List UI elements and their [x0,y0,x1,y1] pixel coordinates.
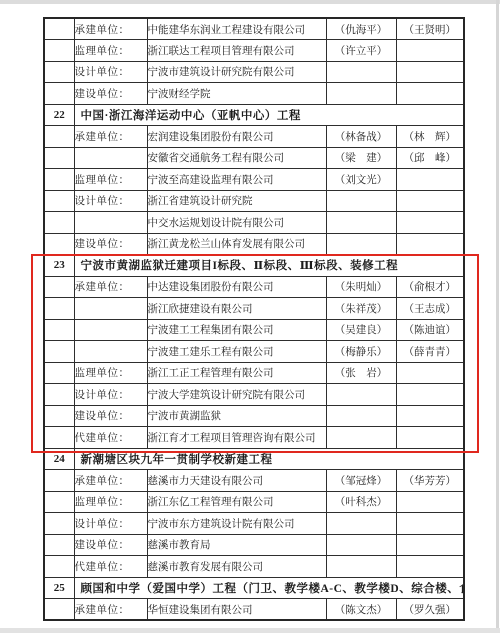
person-name-1: （张 岩） [326,362,396,384]
row-number-cell [44,212,74,234]
section-header-row: 25 顾国和中学（爱国中学）工程（门卫、教学楼A-C、教学楼D、综合楼、食堂） [44,577,464,599]
person-name-2 [396,212,464,234]
section-header-row: 23 宁波市黄湖监狱迁建项目I标段、Ⅱ标段、Ⅲ标段、装修工程 [44,255,464,277]
company-name: 安徽省交通航务工程有限公司 [147,147,326,169]
person-name-2 [396,362,464,384]
unit-role-label: 设计单位： [74,61,147,83]
person-name-2 [396,83,464,105]
section-number: 25 [44,577,74,599]
row-number-cell [44,341,74,363]
row-number-cell [44,298,74,320]
unit-role-label: 代建单位： [74,427,147,449]
unit-role-label: 监理单位： [74,169,147,191]
company-name: 浙江联达工程项目管理有限公司 [147,40,326,62]
person-name-2: （华芳芳） [396,470,464,492]
row-number-cell [44,534,74,556]
unit-role-label: 设计单位： [74,384,147,406]
page-edge-shadow-right [496,0,499,633]
row-number-cell [44,513,74,535]
table-row: 建设单位： 宁波市黄湖监狱 [44,405,464,427]
company-name: 中能建华东润业工程建设有限公司 [147,18,326,40]
section-header-row: 24 新潮塘区块九年一贯制学校新建工程 [44,448,464,470]
row-number-cell [44,61,74,83]
unit-role-label [74,212,147,234]
row-number-cell [44,190,74,212]
unit-role-label [74,298,147,320]
unit-role-label: 承建单位： [74,18,147,40]
person-name-1: （朱祥茂） [326,298,396,320]
person-name-1: （刘文光） [326,169,396,191]
row-number-cell [44,147,74,169]
unit-role-label: 建设单位： [74,83,147,105]
table-row: 监理单位： 浙江工正工程管理有限公司 （张 岩） [44,362,464,384]
company-name: 宁波建工工程集团有限公司 [147,319,326,341]
person-name-2 [396,491,464,513]
unit-role-label: 承建单位： [74,599,147,621]
person-name-2: （林 辉） [396,126,464,148]
company-name: 中达建设集团股份有限公司 [147,276,326,298]
row-number-cell [44,83,74,105]
company-name: 宁波大学建筑设计研究院有限公司 [147,384,326,406]
table-row: 设计单位： 宁波大学建筑设计研究院有限公司 [44,384,464,406]
company-name: 宁波至高建设监理有限公司 [147,169,326,191]
person-name-1 [326,83,396,105]
person-name-2: （薛青青） [396,341,464,363]
person-name-2 [396,190,464,212]
unit-role-label: 建设单位： [74,534,147,556]
company-name: 宁波建工建乐工程有限公司 [147,341,326,363]
table-row: 承建单位： 华恒建设集团有限公司 （陈文杰） （罗久强） [44,599,464,621]
company-name: 浙江育才工程项目管理咨询有限公司 [147,427,326,449]
unit-role-label [74,319,147,341]
person-name-1: （吴建良） [326,319,396,341]
row-number-cell [44,126,74,148]
person-name-1 [326,513,396,535]
table-row: 监理单位： 宁波至高建设监理有限公司 （刘文光） [44,169,464,191]
section-title: 顾国和中学（爱国中学）工程（门卫、教学楼A-C、教学楼D、综合楼、食堂） [74,577,464,599]
person-name-1: （邹冠烽） [326,470,396,492]
person-name-1: （梁 建） [326,147,396,169]
section-number: 23 [44,255,74,277]
company-name: 慈溪市力天建设有限公司 [147,470,326,492]
unit-role-label: 监理单位： [74,362,147,384]
row-number-cell [44,405,74,427]
company-name: 浙江省建筑设计研究院 [147,190,326,212]
row-number-cell [44,491,74,513]
person-name-2 [396,513,464,535]
row-number-cell [44,40,74,62]
person-name-1: （陈文杰） [326,599,396,621]
person-name-2 [396,40,464,62]
company-name: 浙江工正工程管理有限公司 [147,362,326,384]
table-row: 承建单位： 宏润建设集团股份有限公司 （林备战） （林 辉） [44,126,464,148]
person-name-2: （罗久强） [396,599,464,621]
table-row: 监理单位： 浙江联达工程项目管理有限公司 （许立平） [44,40,464,62]
row-number-cell [44,319,74,341]
person-name-1 [326,427,396,449]
person-name-1 [326,61,396,83]
company-name: 慈溪市教育局 [147,534,326,556]
person-name-1 [326,534,396,556]
person-name-1 [326,384,396,406]
table-row: 代建单位： 慈溪市教育发展有限公司 [44,556,464,578]
person-name-2 [396,405,464,427]
unit-role-label [74,341,147,363]
unit-role-label: 设计单位： [74,513,147,535]
unit-role-label: 监理单位： [74,491,147,513]
person-name-1: （梅静乐） [326,341,396,363]
row-number-cell [44,427,74,449]
section-title: 中国·浙江海洋运动中心（亚帆中心）工程 [74,104,464,126]
table-row: 宁波建工建乐工程有限公司 （梅静乐） （薛青青） [44,341,464,363]
units-table-body: 承建单位： 中能建华东润业工程建设有限公司 （仇海平） （王贤明） 监理单位： … [44,18,464,620]
unit-role-label: 承建单位： [74,126,147,148]
row-number-cell [44,233,74,255]
unit-role-label: 建设单位： [74,405,147,427]
section-title: 宁波市黄湖监狱迁建项目I标段、Ⅱ标段、Ⅲ标段、装修工程 [74,255,464,277]
person-name-2 [396,556,464,578]
table-row: 设计单位： 宁波市东方建筑设计院有限公司 [44,513,464,535]
table-row: 建设单位： 宁波财经学院 [44,83,464,105]
row-number-cell [44,18,74,40]
table-row: 承建单位： 中能建华东润业工程建设有限公司 （仇海平） （王贤明） [44,18,464,40]
table-row: 承建单位： 慈溪市力天建设有限公司 （邹冠烽） （华芳芳） [44,470,464,492]
page-edge-shadow-top [0,0,500,4]
person-name-1 [326,405,396,427]
table-row: 中交水运规划设计院有限公司 [44,212,464,234]
row-number-cell [44,470,74,492]
person-name-1: （叶科杰） [326,491,396,513]
person-name-2 [396,61,464,83]
company-name: 宏润建设集团股份有限公司 [147,126,326,148]
section-number: 24 [44,448,74,470]
unit-role-label: 承建单位： [74,276,147,298]
table-row: 设计单位： 浙江省建筑设计研究院 [44,190,464,212]
document-page: 承建单位： 中能建华东润业工程建设有限公司 （仇海平） （王贤明） 监理单位： … [0,0,500,633]
section-number: 22 [44,104,74,126]
company-name: 浙江欣捷建设有限公司 [147,298,326,320]
row-number-cell [44,384,74,406]
page-edge-shadow-bottom [0,628,500,633]
company-name: 宁波市建筑设计研究院有限公司 [147,61,326,83]
table-row: 建设单位： 慈溪市教育局 [44,534,464,556]
person-name-1: （林备战） [326,126,396,148]
person-name-1 [326,556,396,578]
company-name: 浙江黄龙松兰山体育发展有限公司 [147,233,326,255]
unit-role-label: 建设单位： [74,233,147,255]
person-name-1: （仇海平） [326,18,396,40]
section-title: 新潮塘区块九年一贯制学校新建工程 [74,448,464,470]
company-name: 中交水运规划设计院有限公司 [147,212,326,234]
table-row: 代建单位： 浙江育才工程项目管理咨询有限公司 [44,427,464,449]
table-row: 浙江欣捷建设有限公司 （朱祥茂） （王志成） [44,298,464,320]
unit-role-label: 监理单位： [74,40,147,62]
company-name: 宁波财经学院 [147,83,326,105]
person-name-2: （俞根才） [396,276,464,298]
row-number-cell [44,599,74,621]
person-name-2: （王志成） [396,298,464,320]
section-header-row: 22 中国·浙江海洋运动中心（亚帆中心）工程 [44,104,464,126]
unit-role-label [74,147,147,169]
unit-role-label: 代建单位： [74,556,147,578]
person-name-2: （陈迪谊） [396,319,464,341]
project-units-table: 承建单位： 中能建华东润业工程建设有限公司 （仇海平） （王贤明） 监理单位： … [43,17,465,621]
person-name-2 [396,534,464,556]
person-name-1 [326,190,396,212]
company-name: 华恒建设集团有限公司 [147,599,326,621]
company-name: 宁波市东方建筑设计院有限公司 [147,513,326,535]
company-name: 宁波市黄湖监狱 [147,405,326,427]
person-name-2 [396,427,464,449]
table-row: 安徽省交通航务工程有限公司 （梁 建） （邱 峰） [44,147,464,169]
row-number-cell [44,362,74,384]
table-row: 建设单位： 浙江黄龙松兰山体育发展有限公司 [44,233,464,255]
person-name-2: （王贤明） [396,18,464,40]
row-number-cell [44,169,74,191]
person-name-1: （朱明灿） [326,276,396,298]
table-row: 监理单位： 浙江东亿工程管理有限公司 （叶科杰） [44,491,464,513]
person-name-2: （邱 峰） [396,147,464,169]
person-name-2 [396,233,464,255]
company-name: 浙江东亿工程管理有限公司 [147,491,326,513]
table-row: 宁波建工工程集团有限公司 （吴建良） （陈迪谊） [44,319,464,341]
unit-role-label: 承建单位： [74,470,147,492]
person-name-1 [326,212,396,234]
table-row: 设计单位： 宁波市建筑设计研究院有限公司 [44,61,464,83]
row-number-cell [44,556,74,578]
person-name-2 [396,384,464,406]
person-name-1 [326,233,396,255]
row-number-cell [44,276,74,298]
person-name-1: （许立平） [326,40,396,62]
company-name: 慈溪市教育发展有限公司 [147,556,326,578]
unit-role-label: 设计单位： [74,190,147,212]
table-row: 承建单位： 中达建设集团股份有限公司 （朱明灿） （俞根才） [44,276,464,298]
person-name-2 [396,169,464,191]
